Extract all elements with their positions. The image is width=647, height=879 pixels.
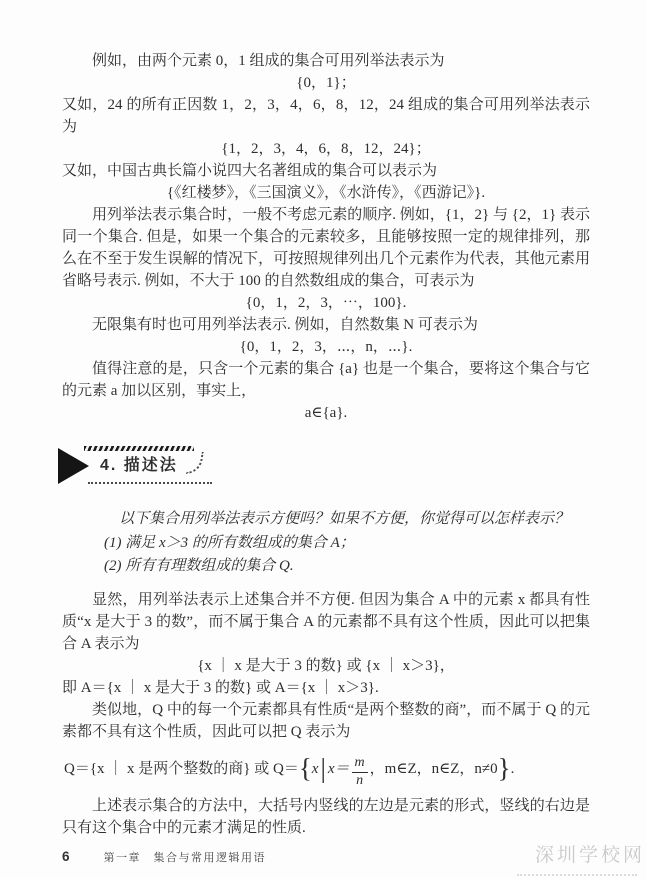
- q-formula-left-brace: {: [299, 753, 312, 783]
- page-content: 例如，由两个元素 0，1 组成的集合可用列举法表示为 {0，1}； 又如，24 …: [62, 50, 590, 839]
- formula-set-01: {0，1}；: [62, 72, 590, 94]
- formula-set-a-description: {x ｜ x 是大于 3 的数} 或 {x ｜ x＞3}，: [62, 655, 590, 677]
- formula-natural-numbers: {0，1，2，3，⋯，n，⋯}.: [62, 336, 590, 358]
- think-question: 以下集合用列举法表示方便吗？如果不方便，你觉得可以怎样表示？: [104, 508, 590, 532]
- fraction-denominator: n: [352, 773, 368, 788]
- para-infinite-sets: 无限集有时也可用列举法表示. 例如，自然数集 N 可表示为: [62, 314, 590, 336]
- formula-q-definition: Q＝{x ｜ x 是两个整数的商} 或 Q＝{x|x＝mn，m∈Z，n∈Z，n≠…: [64, 750, 590, 788]
- think-item-1: (1) 满足 x＞3 的所有数组成的集合 A；: [104, 532, 590, 556]
- para-singleton-note: 值得注意的是，只含一个元素的集合 {a} 也是一个集合，要将这个集合与它的元素 …: [62, 358, 590, 402]
- section-title: 4. 描述法: [100, 457, 178, 474]
- page-footer: 6 第一章 集合与常用逻辑用语: [62, 848, 266, 866]
- page-number: 6: [62, 849, 70, 864]
- para-method-explanation: 上述表示集合的方法中，大括号内竖线的左边是元素的形式，竖线的右边是只有这个集合中…: [62, 795, 590, 839]
- q-formula-prefix: Q＝{x ｜ x 是两个整数的商} 或 Q＝: [64, 761, 299, 777]
- q-formula-conditions: ，m∈Z，n∈Z，n≠0: [370, 761, 498, 777]
- think-block: 以下集合用列举法表示方便吗？如果不方便，你觉得可以怎样表示？ (1) 满足 x＞…: [104, 508, 590, 579]
- formula-factors-set: {1，2，3，4，6，8，12，24}；: [62, 138, 590, 160]
- section-title-box: 4. 描述法: [82, 446, 208, 484]
- watermark-underline-artifact: [517, 874, 637, 879]
- think-item-2: (2) 所有有理数组成的集合 Q.: [104, 555, 590, 579]
- fraction-m-over-n: mn: [352, 756, 368, 788]
- formula-naturals-to-100: {0，1，2，3，⋯，100}.: [62, 292, 590, 314]
- page-curl-icon: [186, 452, 204, 474]
- formula-a-in-set-a: a∈{a}.: [62, 402, 590, 424]
- q-formula-vertical-bar: |: [320, 753, 325, 783]
- para-example-listing: 例如，由两个元素 0，1 组成的集合可用列举法表示为: [62, 50, 590, 72]
- q-formula-period: .: [511, 761, 515, 777]
- q-formula-var-x: x: [312, 761, 319, 777]
- formula-novels-set: {《红楼梦》，《三国演义》，《水浒传》，《西游记》}.: [62, 182, 590, 204]
- para-obviously: 显然，用列举法表示上述集合并不方便. 但因为集合 A 中的元素 x 都具有性质“…: [62, 589, 590, 655]
- watermark-text: 深圳学校网: [535, 840, 645, 867]
- para-factors-of-24: 又如，24 的所有正因数 1，2，3，4，6，8，12，24 组成的集合可用列举…: [62, 94, 590, 138]
- q-formula-right-brace: }: [498, 753, 511, 783]
- chapter-title: 第一章 集合与常用逻辑用语: [104, 852, 267, 864]
- para-four-novels: 又如，中国古典长篇小说四大名著组成的集合可以表示为: [62, 160, 590, 182]
- section-header: 4. 描述法: [58, 446, 590, 488]
- para-that-is: 即 A＝{x ｜ x 是大于 3 的数} 或 A＝{x ｜ x＞3}.: [62, 677, 590, 699]
- para-similarly-q: 类似地，Q 中的每一个元素都具有性质“是两个整数的商”，而不属于 Q 的元素都不…: [62, 699, 590, 743]
- para-element-order: 用列举法表示集合时，一般不考虑元素的顺序. 例如，{1，2} 与 {2，1} 表…: [62, 204, 590, 292]
- fraction-numerator: m: [352, 756, 368, 772]
- q-formula-x-equals: x＝: [328, 761, 350, 777]
- textbook-page: 例如，由两个元素 0，1 组成的集合可用列举法表示为 {0，1}； 又如，24 …: [0, 0, 647, 879]
